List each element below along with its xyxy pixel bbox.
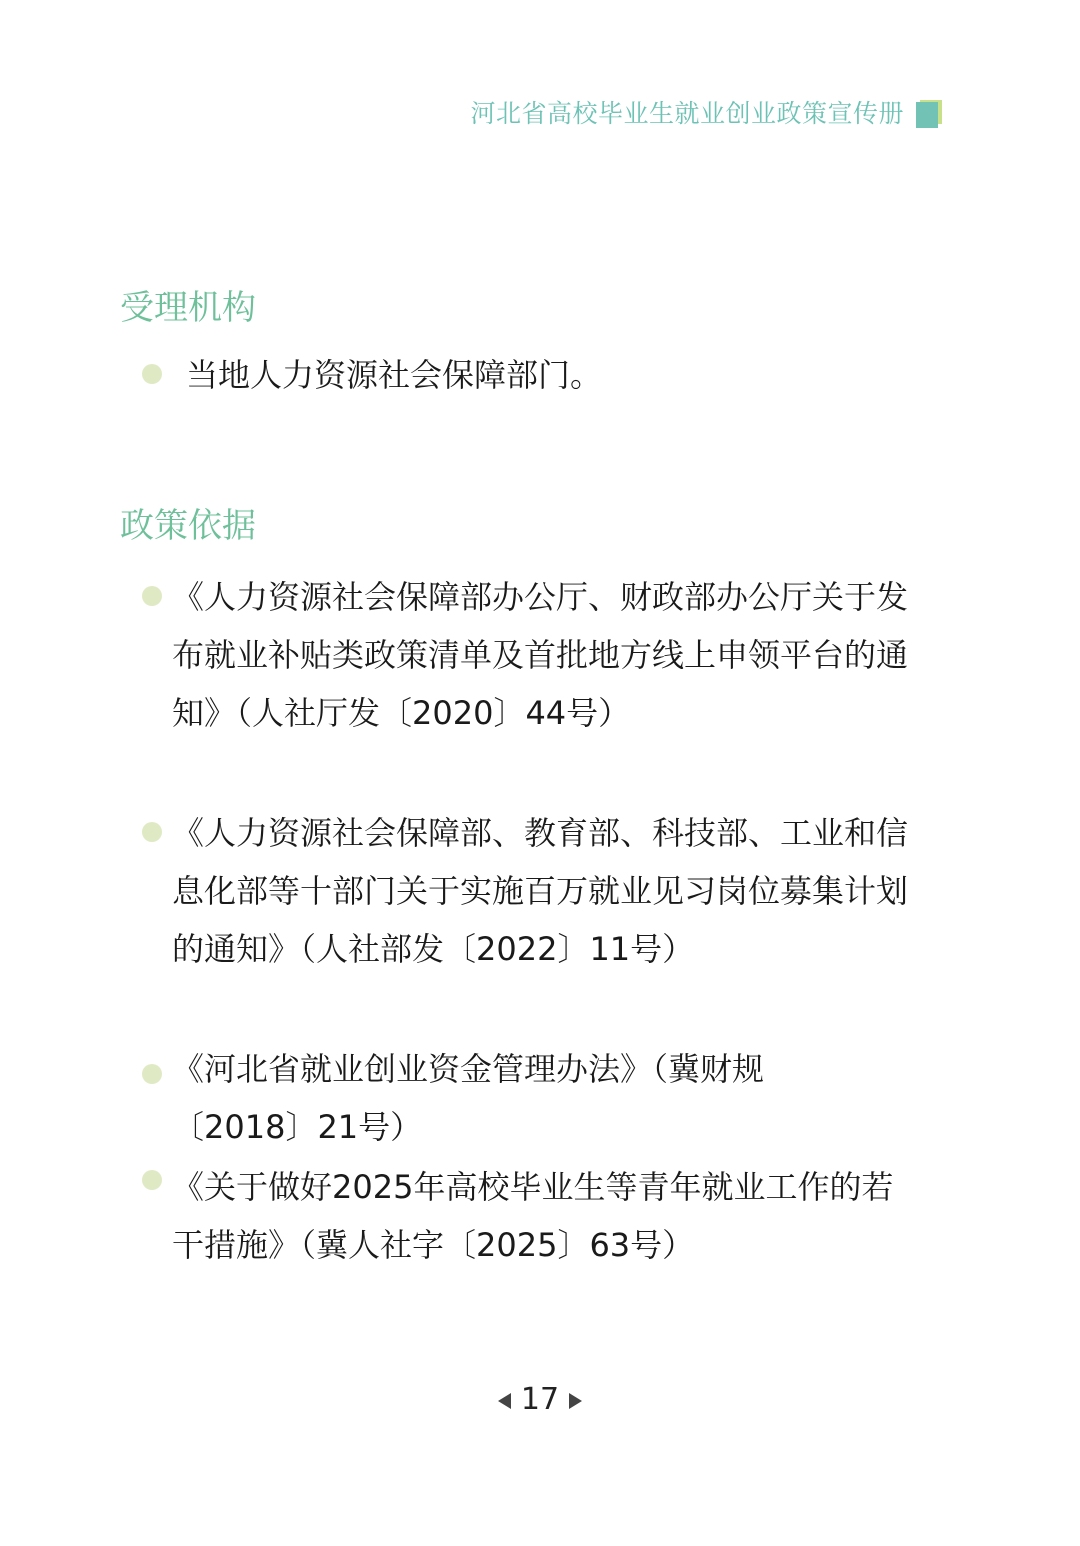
- section-title-agency: 受理机构: [120, 280, 256, 329]
- bullet-icon: [142, 822, 162, 842]
- booklet-title: 河北省高校毕业生就业创业政策宣传册: [470, 94, 904, 130]
- list-item: 当地人力资源社会保障部门。: [186, 346, 926, 404]
- square-mark-icon: [916, 102, 942, 128]
- page-number: 17: [521, 1382, 559, 1417]
- list-item: 《人力资源社会保障部、教育部、科技部、工业和信息化部等十部门关于实施百万就业见习…: [172, 804, 922, 978]
- list-item: 《关于做好2025年高校毕业生等青年就业工作的若干措施》（冀人社字〔2025〕6…: [172, 1158, 902, 1274]
- triangle-right-icon: [569, 1393, 582, 1409]
- page-header: 河北省高校毕业生就业创业政策宣传册: [470, 94, 942, 130]
- section-title-policy-basis: 政策依据: [120, 498, 256, 547]
- bullet-icon: [142, 1170, 162, 1190]
- page-footer: 17: [0, 1382, 1080, 1417]
- list-item: 《人力资源社会保障部办公厅、财政部办公厅关于发布就业补贴类政策清单及首批地方线上…: [172, 568, 922, 742]
- bullet-icon: [142, 1064, 162, 1084]
- list-item: 《河北省就业创业资金管理办法》（冀财规〔2018〕21号）: [172, 1040, 892, 1156]
- triangle-left-icon: [498, 1393, 511, 1409]
- bullet-icon: [142, 364, 162, 384]
- bullet-icon: [142, 586, 162, 606]
